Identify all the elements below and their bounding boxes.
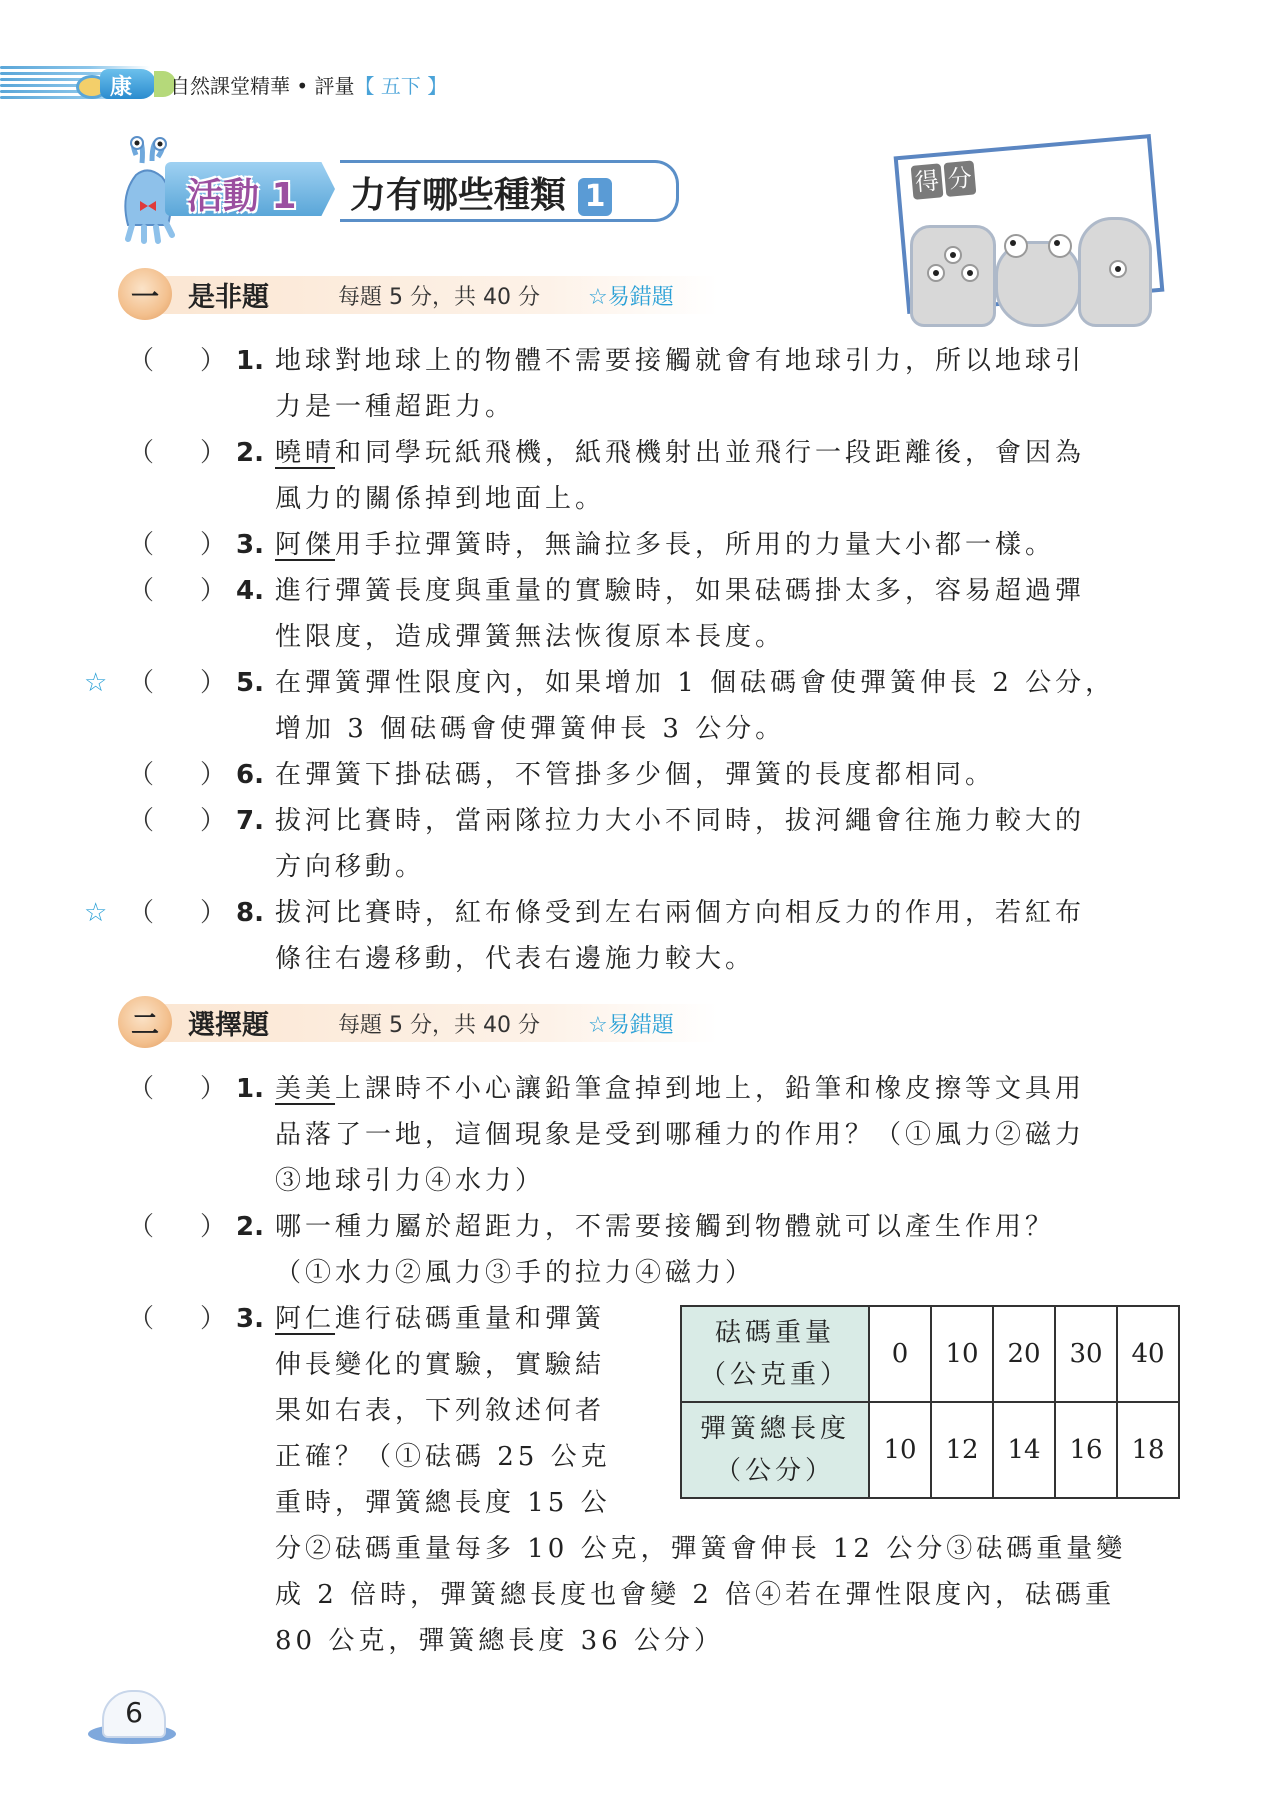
table-cell: 16: [1055, 1402, 1117, 1498]
answer-blank[interactable]: （）: [128, 752, 218, 798]
person-name: 美美: [275, 1074, 335, 1104]
section-true-false-header: 一 是非題 每題 5 分，共 40 分 ☆易錯題: [118, 268, 738, 320]
person-name: 阿仁: [275, 1304, 335, 1334]
activity-label-tab: 活動 1: [165, 162, 335, 216]
score-char-de: 得: [911, 163, 944, 199]
score-label: 得分: [911, 160, 980, 200]
score-char-fen: 分: [944, 160, 977, 196]
row-header-length: 彈簧總長度（公分）: [681, 1402, 869, 1498]
section-number-badge: 一: [118, 268, 172, 320]
table-cell: 12: [931, 1402, 993, 1498]
answer-blank[interactable]: （）: [128, 568, 218, 614]
table-cell: 20: [993, 1306, 1055, 1402]
answer-blank[interactable]: （）: [128, 1296, 218, 1342]
activity-label: 活動 1: [187, 168, 297, 219]
spring-data-table: 砝碼重量（公克重） 0 10 20 30 40 彈簧總長度（公分） 10 12 …: [680, 1305, 1180, 1499]
error-prone-star-icon: ☆: [84, 890, 110, 936]
table-row-weight: 砝碼重量（公克重） 0 10 20 30 40: [681, 1306, 1179, 1402]
answer-blank[interactable]: （）: [128, 798, 218, 844]
answer-blank[interactable]: （）: [128, 660, 218, 706]
three-eyed-monster-icon: [910, 225, 996, 327]
person-name: 曉晴: [275, 438, 335, 468]
activity-part-badge: 1: [578, 178, 612, 216]
table-cell: 18: [1117, 1402, 1179, 1498]
table-cell: 10: [931, 1306, 993, 1402]
error-prone-star-icon: ☆: [84, 660, 110, 706]
table-cell: 10: [869, 1402, 931, 1498]
ghost-monster-icon: [1078, 217, 1152, 327]
section-number-badge: 二: [118, 996, 172, 1048]
page-number-ufo-icon: 6: [88, 1690, 176, 1754]
table-cell: 40: [1117, 1306, 1179, 1402]
activity-banner: 活動 1 力有哪些種類1: [165, 158, 680, 220]
table-row-length: 彈簧總長度（公分） 10 12 14 16 18: [681, 1402, 1179, 1498]
answer-blank[interactable]: （）: [128, 338, 218, 384]
answer-blank[interactable]: （）: [128, 522, 218, 568]
activity-title: 力有哪些種類: [350, 175, 566, 216]
error-prone-legend: ☆易錯題: [588, 1008, 674, 1039]
grade-label: 【 五下 】: [355, 74, 448, 98]
error-prone-legend: ☆易錯題: [588, 280, 674, 311]
score-box: 得分: [890, 135, 1170, 335]
running-header-title: 自然課堂精華 • 評量【 五下 】: [170, 70, 447, 99]
section-scoring: 每題 5 分，共 40 分: [338, 1008, 540, 1039]
row-header-weight: 砝碼重量（公克重）: [681, 1306, 869, 1402]
table-cell: 30: [1055, 1306, 1117, 1402]
section-title: 是非題: [188, 275, 269, 314]
answer-blank[interactable]: （）: [128, 1204, 218, 1250]
rocket-logo-icon: 康: [70, 66, 160, 102]
answer-blank[interactable]: （）: [128, 430, 218, 476]
logo-char: 康: [110, 70, 132, 101]
activity-title-box: 力有哪些種類1: [340, 160, 679, 222]
frog-monster-icon: [995, 241, 1081, 327]
section-title: 選擇題: [188, 1003, 269, 1042]
book-title: 自然課堂精華 • 評量: [170, 74, 355, 98]
table-cell: 0: [869, 1306, 931, 1402]
page-number: 6: [104, 1696, 164, 1729]
table-cell: 14: [993, 1402, 1055, 1498]
section-multiple-choice-header: 二 選擇題 每題 5 分，共 40 分 ☆易錯題: [118, 996, 738, 1048]
answer-blank[interactable]: （）: [128, 890, 218, 936]
answer-blank[interactable]: （）: [128, 1066, 218, 1112]
section-scoring: 每題 5 分，共 40 分: [338, 280, 540, 311]
person-name: 阿傑: [275, 530, 335, 560]
